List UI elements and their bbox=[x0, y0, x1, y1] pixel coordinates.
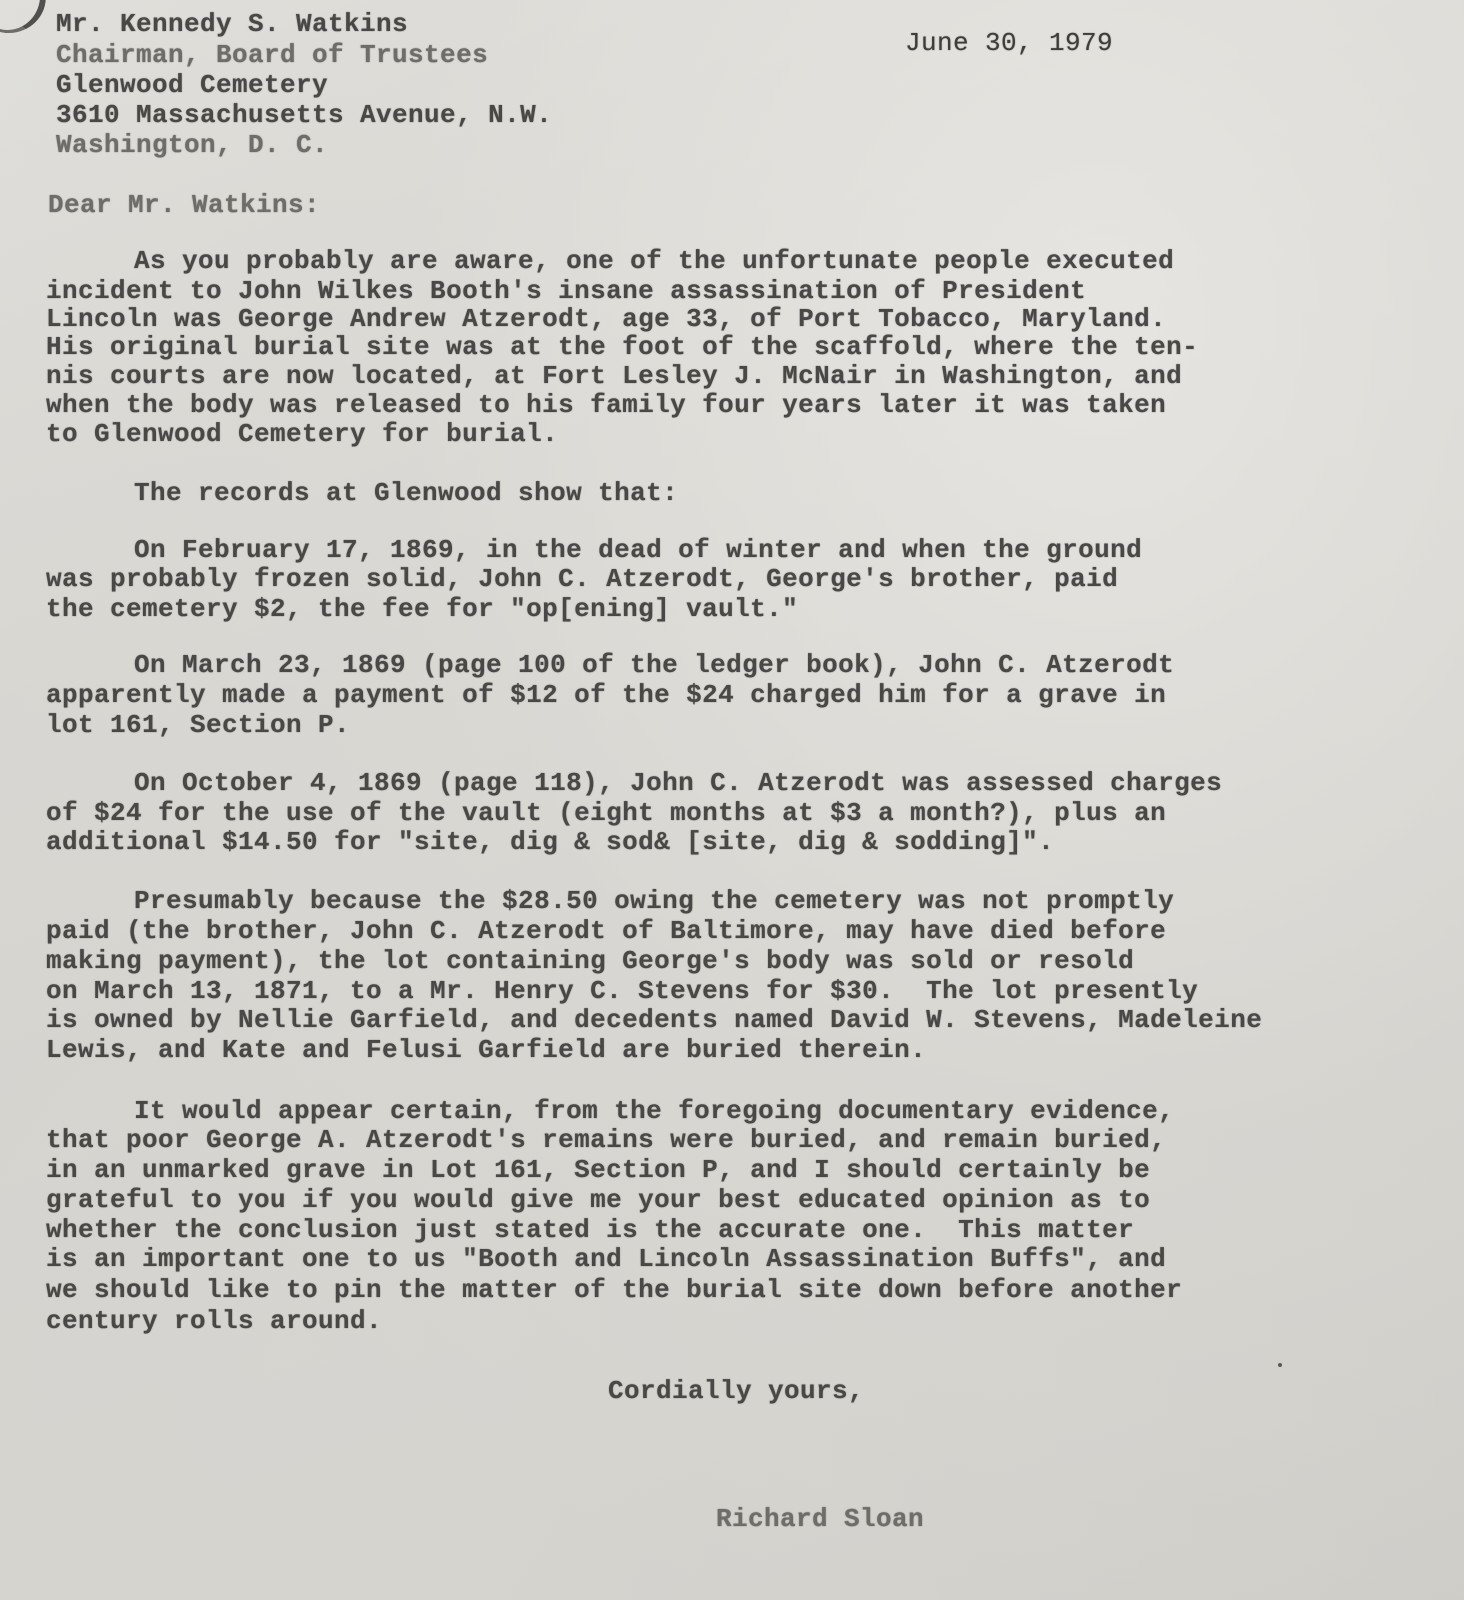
paragraph-line: that poor George A. Atzerodt's remains w… bbox=[46, 1125, 1166, 1155]
paragraph-line: we should like to pin the matter of the … bbox=[46, 1275, 1182, 1305]
recipient-city: Washington, D. C. bbox=[56, 131, 328, 160]
recipient-street: 3610 Massachusetts Avenue, N.W. bbox=[56, 101, 552, 130]
paragraph-line: the cemetery $2, the fee for "op[ening] … bbox=[46, 594, 798, 624]
paragraph-line: century rolls around. bbox=[46, 1306, 382, 1336]
closing: Cordially yours, bbox=[608, 1376, 864, 1406]
paragraph-line: whether the conclusion just stated is th… bbox=[46, 1215, 1134, 1245]
paragraph-line: making payment), the lot containing Geor… bbox=[46, 946, 1134, 976]
paragraph-line: On March 23, 1869 (page 100 of the ledge… bbox=[134, 650, 1174, 680]
paragraph-line: lot 161, Section P. bbox=[46, 710, 350, 740]
paragraph-line: grateful to you if you would give me you… bbox=[46, 1185, 1150, 1215]
paragraph-line: was probably frozen solid, John C. Atzer… bbox=[46, 564, 1118, 594]
paragraph-line: nis courts are now located, at Fort Lesl… bbox=[46, 361, 1182, 391]
paragraph-line: on March 13, 1871, to a Mr. Henry C. Ste… bbox=[46, 976, 1198, 1006]
paragraph-line: to Glenwood Cemetery for burial. bbox=[46, 419, 558, 449]
recipient-title: Chairman, Board of Trustees bbox=[56, 41, 488, 70]
paragraph-line: On October 4, 1869 (page 118), John C. A… bbox=[134, 768, 1222, 798]
paragraph-line: As you probably are aware, one of the un… bbox=[134, 246, 1174, 276]
paragraph-line: of $24 for the use of the vault (eight m… bbox=[46, 798, 1166, 828]
paragraph-line: Lincoln was George Andrew Atzerodt, age … bbox=[46, 304, 1166, 334]
paragraph-line: The records at Glenwood show that: bbox=[134, 478, 678, 508]
paragraph-line: Presumably because the $28.50 owing the … bbox=[134, 886, 1174, 916]
paragraph-line: incident to John Wilkes Booth's insane a… bbox=[46, 276, 1086, 306]
paragraph-line: in an unmarked grave in Lot 161, Section… bbox=[46, 1155, 1150, 1185]
paragraph-line: On February 17, 1869, in the dead of win… bbox=[134, 535, 1142, 565]
signature: Richard Sloan bbox=[716, 1504, 924, 1534]
letter-page: Mr. Kennedy S. Watkins Chairman, Board o… bbox=[0, 0, 1464, 1600]
paragraph-line: is an important one to us "Booth and Lin… bbox=[46, 1244, 1166, 1274]
paragraph-line: apparently made a payment of $12 of the … bbox=[46, 680, 1166, 710]
paragraph-line: Lewis, and Kate and Felusi Garfield are … bbox=[46, 1035, 926, 1065]
recipient-organization: Glenwood Cemetery bbox=[56, 71, 328, 100]
paragraph-line: when the body was released to his family… bbox=[46, 390, 1166, 420]
ink-speck bbox=[1278, 1363, 1282, 1367]
paragraph-line: is owned by Nellie Garfield, and deceden… bbox=[46, 1005, 1262, 1035]
letter-date: June 30, 1979 bbox=[905, 28, 1113, 58]
paragraph-line: additional $14.50 for "site, dig & sod& … bbox=[46, 827, 1054, 857]
paragraph-line: It would appear certain, from the forego… bbox=[134, 1096, 1174, 1126]
salutation: Dear Mr. Watkins: bbox=[48, 190, 320, 220]
recipient-name: Mr. Kennedy S. Watkins bbox=[56, 10, 408, 39]
paragraph-line: His original burial site was at the foot… bbox=[46, 332, 1198, 362]
page-curl-shadow bbox=[0, 0, 52, 39]
paragraph-line: paid (the brother, John C. Atzerodt of B… bbox=[46, 916, 1166, 946]
